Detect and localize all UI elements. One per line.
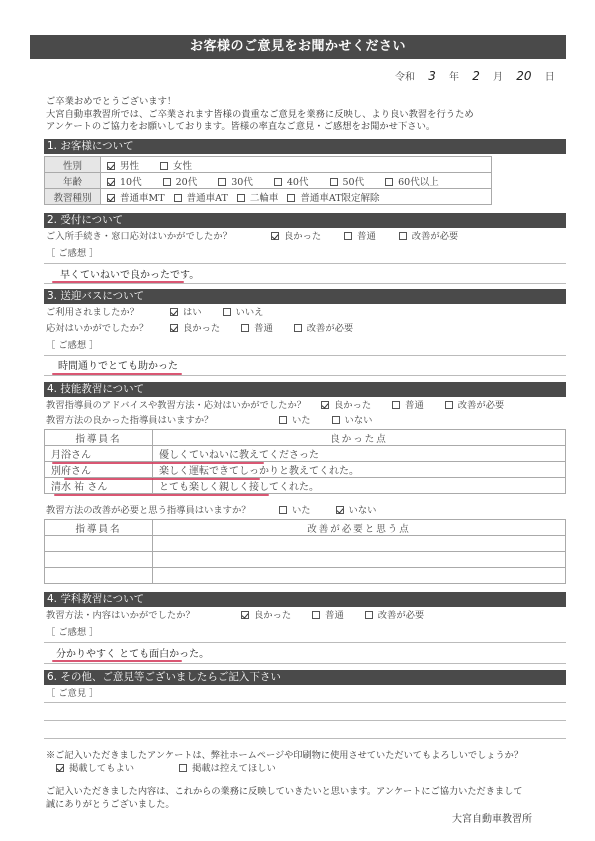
customer-info-table: 性別 男性 女性 年齢 10代 20代 30代 40代 50代 60代以上 教習… bbox=[44, 156, 492, 205]
option-label: 20代 bbox=[176, 177, 198, 188]
checkbox-icon[interactable] bbox=[274, 178, 282, 186]
divider bbox=[44, 375, 566, 376]
option-label: 改善が必要 bbox=[412, 231, 459, 242]
question-text: 教習方法・内容はいかがでしたか？ bbox=[46, 609, 238, 623]
bus-service-row: 応対はいかがでしたか？ 良かった 普通 改善が必要 bbox=[46, 322, 371, 336]
thanks-line-2: 誠にありがとうございました。 bbox=[46, 799, 522, 812]
option-label: 改善が必要 bbox=[458, 400, 505, 411]
date-line: 令和 3 年 2 月 20 日 bbox=[395, 68, 555, 83]
checkbox-icon[interactable] bbox=[399, 232, 407, 240]
option-label: いない bbox=[349, 505, 377, 516]
option-label: いいえ bbox=[236, 307, 264, 318]
table-row bbox=[45, 536, 566, 552]
divider bbox=[44, 663, 566, 664]
checkbox-icon[interactable] bbox=[179, 764, 187, 772]
option-no[interactable]: いない bbox=[332, 414, 373, 428]
checkbox-icon[interactable] bbox=[160, 162, 168, 170]
option-label: 普通車AT限定解除 bbox=[300, 193, 379, 204]
good-instructor-row: 教習方法の良かった指導員はいますか？ いた いない bbox=[46, 414, 390, 428]
date-day[interactable]: 20 bbox=[516, 69, 531, 83]
checkbox-icon[interactable] bbox=[294, 324, 302, 332]
checkbox-icon[interactable] bbox=[241, 611, 249, 619]
table-header: 指導員名 良かった点 bbox=[45, 430, 566, 446]
age-20s-option[interactable]: 20代 bbox=[163, 174, 198, 188]
option-label: 50代 bbox=[343, 177, 365, 188]
instructor-rating-row: 教習指導員のアドバイスや教習方法・応対はいかがでしたか？ 良かった 普通 改善が… bbox=[46, 399, 522, 413]
course-row: 教習種別 普通車MT 普通車AT 二輪車 普通車AT限定解除 bbox=[45, 189, 492, 205]
option-label: 良かった bbox=[254, 610, 291, 621]
option-average[interactable]: 普通 bbox=[344, 230, 376, 244]
question-text: 応対はいかがでしたか？ bbox=[46, 322, 167, 336]
checkbox-icon[interactable] bbox=[170, 308, 178, 316]
option-label: はい bbox=[183, 307, 202, 318]
option-label: 女性 bbox=[173, 161, 192, 172]
checkbox-icon[interactable] bbox=[107, 178, 115, 186]
age-10s-option[interactable]: 10代 bbox=[107, 174, 142, 188]
age-50s-option[interactable]: 50代 bbox=[330, 174, 365, 188]
option-good[interactable]: 良かった bbox=[321, 399, 371, 413]
table-header: 指導員名 改善が必要と思う点 bbox=[45, 520, 566, 536]
thanks-line-1: ご記入いただきました内容は、これからの業務に反映していきたいと思います。アンケー… bbox=[46, 786, 522, 799]
improvement-point-cell[interactable] bbox=[153, 552, 566, 568]
checkbox-icon[interactable] bbox=[237, 194, 245, 202]
classroom-question-row: 教習方法・内容はいかがでしたか？ 良かった 普通 改善が必要 bbox=[46, 609, 442, 623]
red-underline bbox=[52, 462, 264, 464]
option-label: 普通 bbox=[405, 400, 424, 411]
option-needs-improvement[interactable]: 改善が必要 bbox=[294, 322, 354, 336]
red-underline bbox=[54, 494, 269, 496]
intro-line-3: アンケートのご協力をお願いしております。皆様の率直なご意見・ご感想をお聞かせ下さ… bbox=[46, 121, 576, 134]
course-label: 教習種別 bbox=[45, 189, 101, 205]
option-label: 60代以上 bbox=[398, 177, 439, 188]
option-label: 良かった bbox=[334, 400, 371, 411]
checkbox-icon[interactable] bbox=[56, 764, 64, 772]
question-text: 教習方法の改善が必要と思う指導員はいますか？ bbox=[46, 504, 276, 518]
option-label: 普通車MT bbox=[120, 193, 165, 204]
date-month-unit: 月 bbox=[493, 72, 503, 83]
checkbox-icon[interactable] bbox=[330, 178, 338, 186]
checkbox-icon[interactable] bbox=[312, 611, 320, 619]
option-label: 30代 bbox=[231, 177, 253, 188]
option-no[interactable]: いない bbox=[336, 504, 377, 518]
checkbox-icon[interactable] bbox=[174, 194, 182, 202]
option-good[interactable]: 良かった bbox=[241, 609, 291, 623]
checkbox-icon[interactable] bbox=[344, 232, 352, 240]
intro-text: ご卒業おめでとうございます！ 大宮自動車教習所では、ご卒業されます皆様の貴重なご… bbox=[46, 96, 576, 134]
date-era: 令和 bbox=[395, 72, 415, 83]
question-text: 教習指導員のアドバイスや教習方法・応対はいかがでしたか？ bbox=[46, 399, 318, 413]
reception-question-row: ご入所手続き・窓口応対はいかがでしたか？ 良かった 普通 改善が必要 bbox=[46, 230, 476, 244]
classroom-comment[interactable]: 分かりやすく とても面白かった。 bbox=[56, 645, 209, 660]
option-label: いない bbox=[345, 415, 373, 426]
option-needs-improvement[interactable]: 改善が必要 bbox=[445, 399, 505, 413]
consent-allow-option[interactable]: 掲載してもよい bbox=[56, 762, 134, 776]
option-label: 二輪車 bbox=[250, 193, 279, 204]
age-options: 10代 20代 30代 40代 50代 60代以上 bbox=[101, 173, 492, 189]
comment-label: ［ ご感想 ］ bbox=[46, 339, 98, 353]
option-average[interactable]: 普通 bbox=[312, 609, 344, 623]
option-good[interactable]: 良かった bbox=[271, 230, 321, 244]
col-instructor-name: 指導員名 bbox=[45, 430, 153, 446]
checkbox-icon[interactable] bbox=[163, 178, 171, 186]
course-options: 普通車MT 普通車AT 二輪車 普通車AT限定解除 bbox=[101, 189, 492, 205]
question-text: 教習方法の良かった指導員はいますか？ bbox=[46, 414, 276, 428]
checkbox-icon[interactable] bbox=[445, 401, 453, 409]
checkbox-icon[interactable] bbox=[241, 324, 249, 332]
section-6-heading: 6. その他、ご意見等ございましたらご記入下さい bbox=[44, 670, 566, 685]
consent-question: ※ご記入いただきましたアンケートは、弊社ホームページや印刷物に使用させていただい… bbox=[46, 750, 523, 763]
instructor-name-cell[interactable] bbox=[45, 536, 153, 552]
checkbox-icon[interactable] bbox=[223, 308, 231, 316]
gender-row: 性別 男性 女性 bbox=[45, 157, 492, 173]
age-label: 年齢 bbox=[45, 173, 101, 189]
section-4-heading: 4. 技能教習について bbox=[44, 382, 566, 397]
gender-male-option[interactable]: 男性 bbox=[107, 158, 139, 172]
thanks-text: ご記入いただきました内容は、これからの業務に反映していきたいと思います。アンケー… bbox=[46, 786, 522, 811]
section-5-heading: 4. 学科教習について bbox=[44, 592, 566, 607]
option-label: 男性 bbox=[120, 161, 139, 172]
section-3-heading: 3. 送迎バスについて bbox=[44, 289, 566, 304]
gender-label: 性別 bbox=[45, 157, 101, 173]
checkbox-icon[interactable] bbox=[107, 162, 115, 170]
option-label: 10代 bbox=[120, 177, 142, 188]
col-good-points: 良かった点 bbox=[153, 430, 566, 446]
date-year-unit: 年 bbox=[449, 72, 459, 83]
option-no[interactable]: いいえ bbox=[223, 306, 264, 320]
option-label: 良かった bbox=[284, 231, 321, 242]
divider bbox=[44, 642, 566, 643]
divider bbox=[44, 355, 566, 356]
course-motorcycle-option[interactable]: 二輪車 bbox=[237, 190, 279, 204]
option-label: いた bbox=[292, 505, 311, 516]
option-label: 普通 bbox=[325, 610, 344, 621]
date-year[interactable]: 3 bbox=[428, 69, 436, 83]
col-instructor-name: 指導員名 bbox=[45, 520, 153, 536]
reception-comment[interactable]: 早くていねいで良かったです。 bbox=[60, 266, 199, 281]
gender-female-option[interactable]: 女性 bbox=[160, 158, 192, 172]
consent-decline-option[interactable]: 掲載は控えてほしい bbox=[179, 762, 276, 776]
table-row bbox=[45, 552, 566, 568]
comment-label: ［ ご感想 ］ bbox=[46, 247, 98, 261]
option-label: 普通車AT bbox=[187, 193, 228, 204]
school-signature: 大宮自動車教習所 bbox=[452, 810, 532, 825]
option-needs-improvement[interactable]: 改善が必要 bbox=[365, 609, 425, 623]
question-text: ご利用されましたか？ bbox=[46, 306, 167, 320]
table-row: 月浴さん 優しくていねいに教えてくださった bbox=[45, 446, 566, 462]
option-label: 改善が必要 bbox=[307, 323, 354, 334]
option-average[interactable]: 普通 bbox=[241, 322, 273, 336]
col-improvement-points: 改善が必要と思う点 bbox=[153, 520, 566, 536]
checkbox-icon[interactable] bbox=[170, 324, 178, 332]
checkbox-icon[interactable] bbox=[107, 194, 115, 202]
form-title: お客様のご意見をお聞かせください bbox=[30, 35, 566, 59]
course-at-limit-option[interactable]: 普通車AT限定解除 bbox=[287, 190, 379, 204]
course-at-option[interactable]: 普通車AT bbox=[174, 190, 228, 204]
opinion-line-1[interactable] bbox=[44, 702, 566, 703]
option-yes[interactable]: はい bbox=[170, 306, 202, 320]
age-60s-option[interactable]: 60代以上 bbox=[385, 174, 439, 188]
option-label: 掲載してもよい bbox=[69, 763, 134, 774]
option-good[interactable]: 良かった bbox=[170, 322, 220, 336]
question-text: ご入所手続き・窓口応対はいかがでしたか？ bbox=[46, 230, 268, 244]
checkbox-icon[interactable] bbox=[218, 178, 226, 186]
option-average[interactable]: 普通 bbox=[392, 399, 424, 413]
checkbox-icon[interactable] bbox=[392, 401, 400, 409]
checkbox-icon[interactable] bbox=[271, 232, 279, 240]
improve-instructor-row: 教習方法の改善が必要と思う指導員はいますか？ いた いない bbox=[46, 504, 394, 518]
red-underline bbox=[52, 660, 182, 662]
option-label: いた bbox=[292, 415, 311, 426]
option-label: 普通 bbox=[254, 323, 273, 334]
good-point-cell[interactable]: 優しくていねいに教えてくださった bbox=[153, 446, 566, 462]
instructor-name-cell[interactable] bbox=[45, 568, 153, 584]
date-month[interactable]: 2 bbox=[472, 69, 480, 83]
red-underline bbox=[64, 478, 260, 480]
opinion-line-2[interactable] bbox=[44, 720, 566, 721]
intro-line-2: 大宮自動車教習所では、ご卒業されます皆様の貴重なご意見を業務に反映し、より良い教… bbox=[46, 109, 576, 122]
table-row bbox=[45, 568, 566, 584]
comment-label: ［ ご感想 ］ bbox=[46, 626, 98, 640]
course-mt-option[interactable]: 普通車MT bbox=[107, 190, 165, 204]
checkbox-icon[interactable] bbox=[365, 611, 373, 619]
option-label: 改善が必要 bbox=[378, 610, 425, 621]
opinion-line-3[interactable] bbox=[44, 738, 566, 739]
age-row: 年齢 10代 20代 30代 40代 50代 60代以上 bbox=[45, 173, 492, 189]
checkbox-icon[interactable] bbox=[332, 416, 340, 424]
option-needs-improvement[interactable]: 改善が必要 bbox=[399, 230, 459, 244]
gender-options: 男性 女性 bbox=[101, 157, 492, 173]
instructor-name-cell[interactable] bbox=[45, 552, 153, 568]
checkbox-icon[interactable] bbox=[321, 401, 329, 409]
checkbox-icon[interactable] bbox=[279, 416, 287, 424]
bus-usage-row: ご利用されましたか？ はい いいえ bbox=[46, 306, 281, 320]
checkbox-icon[interactable] bbox=[279, 506, 287, 514]
date-day-unit: 日 bbox=[545, 72, 555, 83]
option-label: 掲載は控えてほしい bbox=[192, 763, 276, 774]
checkbox-icon[interactable] bbox=[385, 178, 393, 186]
consent-options: 掲載してもよい 掲載は控えてほしい bbox=[56, 762, 294, 776]
age-30s-option[interactable]: 30代 bbox=[218, 174, 253, 188]
instructor-name-cell[interactable]: 月浴さん bbox=[45, 446, 153, 462]
option-yes[interactable]: いた bbox=[279, 504, 311, 518]
section-2-heading: 2. 受付について bbox=[44, 213, 566, 228]
opinion-label: ［ ご意見 ］ bbox=[46, 687, 98, 701]
bus-comment[interactable]: 時間通りでとても助かった bbox=[58, 357, 178, 372]
option-label: 40代 bbox=[287, 177, 309, 188]
section-1-heading: 1. お客様について bbox=[44, 139, 566, 154]
option-label: 普通 bbox=[357, 231, 376, 242]
improvement-point-cell[interactable] bbox=[153, 536, 566, 552]
divider bbox=[44, 283, 566, 284]
option-yes[interactable]: いた bbox=[279, 414, 311, 428]
improvement-point-cell[interactable] bbox=[153, 568, 566, 584]
option-label: 良かった bbox=[183, 323, 220, 334]
checkbox-icon[interactable] bbox=[287, 194, 295, 202]
age-40s-option[interactable]: 40代 bbox=[274, 174, 309, 188]
divider bbox=[44, 263, 566, 264]
checkbox-icon[interactable] bbox=[336, 506, 344, 514]
improve-instructor-table: 指導員名 改善が必要と思う点 bbox=[44, 519, 566, 584]
intro-line-1: ご卒業おめでとうございます！ bbox=[46, 96, 576, 109]
